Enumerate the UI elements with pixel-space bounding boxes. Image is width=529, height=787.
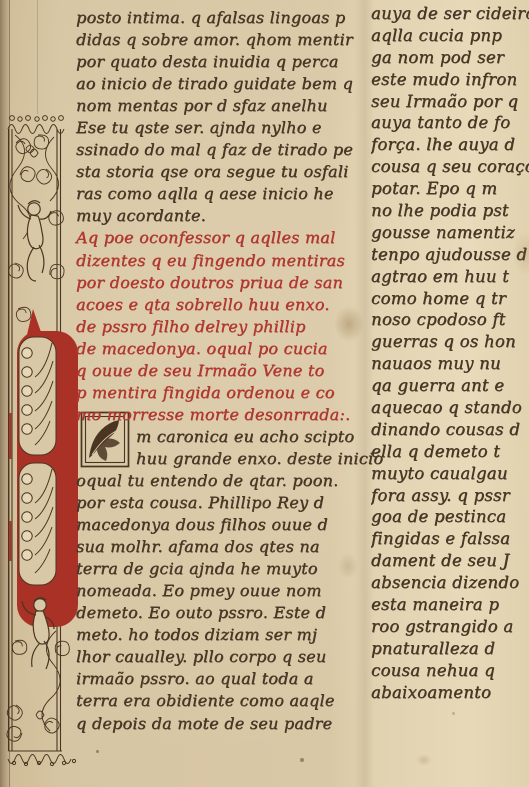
text-line: p mentira fingida ordenou e co (76, 383, 362, 405)
border-top-scallops (8, 116, 64, 134)
text-line: lhor caualley. pllo corpo q seu (76, 647, 362, 669)
text-line-content: ella q demeto t (371, 442, 500, 461)
text-line: meto. ho todos diziam ser mj (76, 625, 362, 647)
text-line: aqlla cucia pnp (371, 26, 529, 48)
text-line-content: demeto. Eo outo pssro. Este d (76, 603, 326, 622)
text-line-content: agtrao em huu t (371, 267, 509, 286)
text-line-content: este mudo infron (371, 70, 517, 89)
text-line-content: ssinado do mal q faz de tirado pe (76, 140, 353, 159)
text-line: sta storia qse ora segue tu osfali (76, 162, 362, 184)
text-line: terra era obidiente como aaqle (76, 691, 362, 713)
text-line: q ouue de seu Irmaão Vene to (76, 361, 362, 383)
text-line-content: muy acordante. (76, 206, 206, 225)
text-line: dinando cousas d (371, 420, 529, 442)
text-line: força. lhe auya d (371, 135, 529, 157)
text-line-content: ras como aqlla q aese inicio he (76, 184, 334, 203)
text-line-content: no lhe podia pst (371, 201, 509, 220)
text-line: macedonya dous filhos ouue d (76, 515, 362, 537)
text-line-content: oqual tu entendo de qtar. poon. (76, 471, 338, 490)
text-line-content: q ouue de seu Irmaão Vene to (76, 361, 324, 380)
text-line: q depois da mote de seu padre (76, 714, 362, 736)
text-line: pnaturalleza d (371, 639, 529, 661)
text-line-content: sta storia qse ora segue tu osfali (76, 162, 348, 181)
text-line-content: de macedonya. oqual po cucia (76, 339, 328, 358)
ink-speck (452, 712, 455, 715)
text-line: abaixoamento (371, 683, 529, 705)
text-line-content: pnaturalleza d (371, 639, 495, 658)
text-line-content: terra de gcia ajnda he muyto (76, 559, 318, 578)
text-line: muyto caualgau (371, 464, 529, 486)
text-line-content: cousa q seu coraço (371, 157, 529, 176)
text-line-content: aqlla cucia pnp (371, 26, 502, 45)
text-line: sua molhr. afama dos qtes na (76, 537, 362, 559)
text-line-content: nauaos muy nu (371, 354, 501, 373)
text-line-content: m caronica eu acho scipto (136, 427, 354, 446)
text-line: gousse namentiz (371, 223, 529, 245)
text-line: noso cpodoso ft (371, 310, 529, 332)
text-line: por quato desta inuidia q perca (76, 52, 362, 74)
text-line: fora assy. q pssr (371, 486, 529, 508)
text-line: auya tanto de fo (371, 113, 529, 135)
text-line: potar. Epo q m (371, 179, 529, 201)
text-line-content: lhor caualley. pllo corpo q seu (76, 647, 326, 666)
text-line: por esta cousa. Phillipo Rey d (76, 493, 362, 515)
text-line-content: noso cpodoso ft (371, 310, 506, 329)
text-line: esta maneira p (371, 595, 529, 617)
border-bottom-scallops (8, 755, 76, 766)
text-line-content: fingidas e falssa (371, 529, 510, 548)
text-line-content: dinando cousas d (371, 420, 520, 439)
text-line-content: por doesto doutros priua de san (76, 273, 343, 292)
text-line: guerras q os hon (371, 332, 529, 354)
text-line-content: Ese tu qste ser. ajnda nylho e (76, 118, 322, 137)
text-line-content: dizentes q eu fingendo mentiras (76, 251, 345, 270)
text-line-content: acoes e qta sobrello huu enxo. (76, 295, 330, 314)
text-line: de pssro filho delrey phillip (76, 317, 362, 339)
text-line-content: gousse namentiz (371, 223, 515, 242)
text-line: huu grande enxo. deste inicio (136, 449, 362, 471)
text-line: agtrao em huu t (371, 267, 529, 289)
text-line: oqual tu entendo de qtar. poon. (76, 471, 362, 493)
text-line-content: p mentira fingida ordenou e co (76, 383, 335, 402)
text-line: m caronica eu acho scipto (136, 427, 362, 449)
text-line-content: auya de ser cideiro (371, 4, 529, 23)
text-line: auya de ser cideiro (371, 4, 529, 26)
text-line: Ese tu qste ser. ajnda nylho e (76, 118, 362, 140)
text-line: absencia dizendo (371, 573, 529, 595)
text-line-content: ga nom pod ser (371, 48, 504, 67)
text-line: ga nom pod ser (371, 48, 529, 70)
text-line-content: q depois da mote de seu padre (76, 714, 332, 733)
text-line: terra de gcia ajnda he muyto (76, 559, 362, 581)
text-line-content: meto. ho todos diziam ser mj (76, 625, 317, 644)
text-line: cousa nehua q (371, 661, 529, 683)
text-line: mo morresse morte desonrrada:. (76, 405, 362, 427)
text-column-right: auya de ser cideiro aqlla cucia pnp ga n… (371, 4, 529, 705)
text-line-content: tenpo ajudousse d (371, 245, 527, 264)
text-line-content: guerras q os hon (371, 332, 516, 351)
text-line: muy acordante. (76, 206, 362, 228)
text-line-content: abaixoamento (371, 683, 491, 702)
text-line: de macedonya. oqual po cucia (76, 339, 362, 361)
border-red-ornament (17, 309, 78, 627)
text-line: irmaão pssro. ao qual toda a (76, 669, 362, 691)
text-line-content: dament de seu J (371, 551, 509, 570)
text-line: demeto. Eo outo pssro. Este d (76, 603, 362, 625)
text-line: ras como aqlla q aese inicio he (76, 184, 362, 206)
text-line-content: didas q sobre amor. qhom mentir (76, 30, 353, 49)
illuminated-border (6, 113, 84, 767)
text-line-content: absencia dizendo (371, 573, 519, 592)
text-line-content: ao inicio de tirado guidate bem q (76, 74, 353, 93)
text-line-content: huu grande enxo. deste inicio (136, 449, 383, 468)
text-line-content: força. lhe auya d (371, 135, 515, 154)
text-line: didas q sobre amor. qhom mentir (76, 30, 362, 52)
text-line: nomeada. Eo pmey ouue nom (76, 581, 362, 603)
text-line: goa de pestinca (371, 507, 529, 529)
text-line: roo gstrangido a (371, 617, 529, 639)
text-line: Aq poe oconfessor q aqlles mal (76, 228, 362, 250)
text-line: aquecao q stando (371, 398, 529, 420)
text-line-content: terra era obidiente como aaqle (76, 691, 335, 710)
text-line: acoes e qta sobrello huu enxo. (76, 295, 362, 317)
stain (416, 754, 432, 766)
text-line-content: aquecao q stando (371, 398, 522, 417)
text-line-content: nomeada. Eo pmey ouue nom (76, 581, 322, 600)
text-line-content: macedonya dous filhos ouue d (76, 515, 328, 534)
text-line: este mudo infron (371, 70, 529, 92)
text-line: no lhe podia pst (371, 201, 529, 223)
text-line-content: goa de pestinca (371, 507, 506, 526)
manuscript-page: posto intima. q afalsas lingoas p didas … (0, 0, 529, 787)
text-line-content: por quato desta inuidia q perca (76, 52, 339, 71)
text-line: qa guerra ant e (371, 376, 529, 398)
text-line: fingidas e falssa (371, 529, 529, 551)
text-line-content: seu Irmaão por q (371, 92, 518, 111)
text-line: tenpo ajudousse d (371, 245, 529, 267)
text-line-content: auya tanto de fo (371, 113, 510, 132)
text-line-content: potar. Epo q m (371, 179, 497, 198)
text-line-content: posto intima. q afalsas lingoas p (76, 8, 345, 27)
text-line-content: irmaão pssro. ao qual toda a (76, 669, 314, 688)
ink-speck (96, 750, 99, 753)
text-line-content: muyto caualgau (371, 464, 508, 483)
ink-speck (300, 758, 304, 762)
text-line-content: como home q tr (371, 289, 506, 308)
text-line: seu Irmaão por q (371, 92, 529, 114)
text-line-content: cousa nehua q (371, 661, 495, 680)
text-line-content: Aq poe oconfessor q aqlles mal (76, 228, 335, 247)
text-line: ssinado do mal q faz de tirado pe (76, 140, 362, 162)
text-line: dizentes q eu fingendo mentiras (76, 251, 362, 273)
text-line-content: mo morresse morte desonrrada:. (76, 405, 350, 424)
text-line-content: esta maneira p (371, 595, 499, 614)
text-line-content: de pssro filho delrey phillip (76, 317, 306, 336)
text-line: nom mentas por d sfaz anelhu (76, 96, 362, 118)
text-line-content: roo gstrangido a (371, 617, 513, 636)
margin-ruling-line (37, 0, 38, 114)
text-line: nauaos muy nu (371, 354, 529, 376)
text-line-content: nom mentas por d sfaz anelhu (76, 96, 328, 115)
text-line: ao inicio de tirado guidate bem q (76, 74, 362, 96)
border-scrollwork-bottom (6, 631, 72, 744)
text-line: dament de seu J (371, 551, 529, 573)
text-line-content: sua molhr. afama dos qtes na (76, 537, 320, 556)
text-line: posto intima. q afalsas lingoas p (76, 8, 362, 30)
text-column-left: posto intima. q afalsas lingoas p didas … (76, 8, 362, 736)
text-line: ella q demeto t (371, 442, 529, 464)
text-line: por doesto doutros priua de san (76, 273, 362, 295)
text-line-content: qa guerra ant e (371, 376, 504, 395)
text-line: como home q tr (371, 289, 529, 311)
text-line-content: por esta cousa. Phillipo Rey d (76, 493, 324, 512)
text-line-content: fora assy. q pssr (371, 486, 510, 505)
text-line: cousa q seu coraço (371, 157, 529, 179)
